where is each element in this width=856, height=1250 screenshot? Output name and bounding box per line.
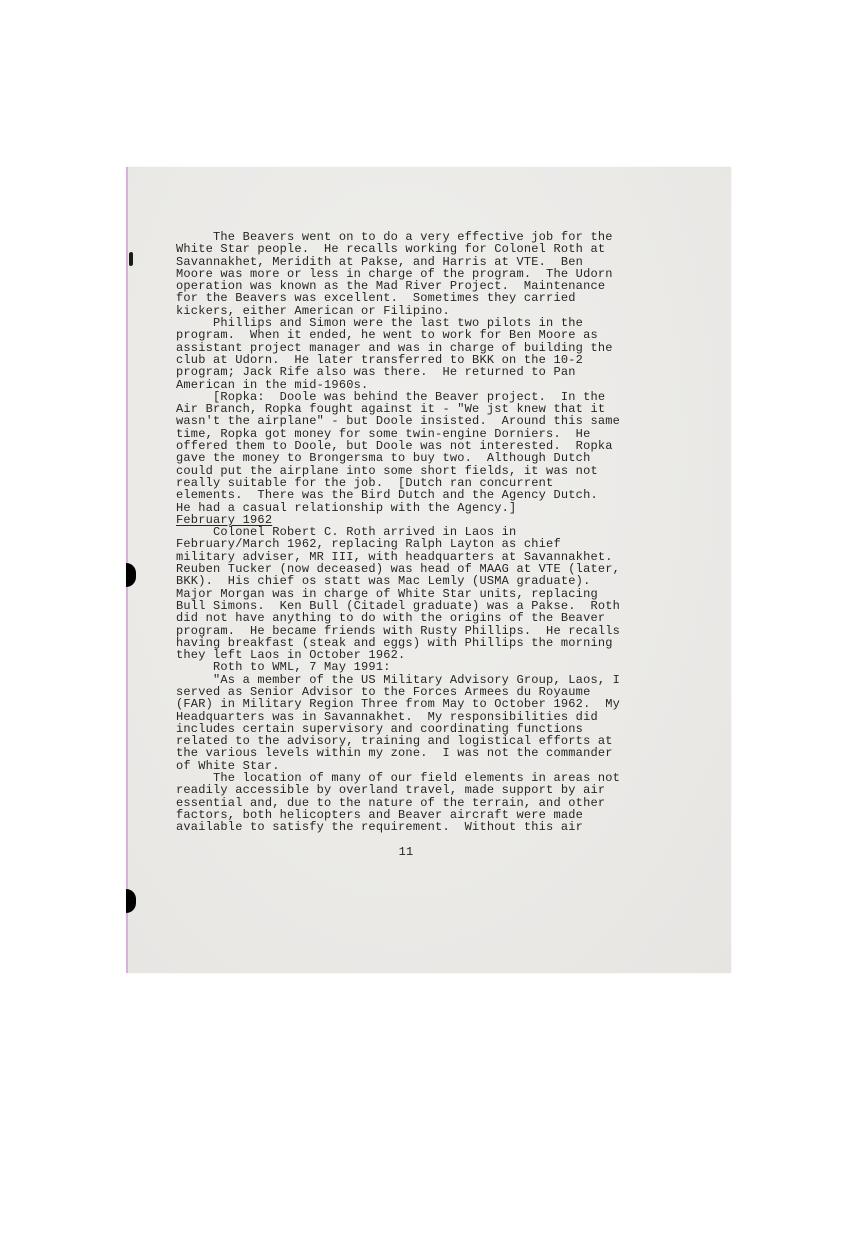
copy-artifact-mark <box>129 252 133 267</box>
typewritten-text: The Beavers went on to do a very effecti… <box>176 231 646 858</box>
document-page: The Beavers went on to do a very effecti… <box>126 167 731 973</box>
page-number: 11 <box>176 846 636 858</box>
punch-hole-mark <box>126 889 136 913</box>
scan-background: The Beavers went on to do a very effecti… <box>0 0 856 1250</box>
paragraph-ropka-note: [Ropka: Doole was behind the Beaver proj… <box>176 391 646 514</box>
paragraph-colonel-roth: Colonel Robert C. Roth arrived in Laos i… <box>176 526 646 661</box>
paragraphs-beavers-and-phillips: The Beavers went on to do a very effecti… <box>176 231 646 391</box>
punch-hole-mark <box>126 563 136 587</box>
paragraph-roth-letter: Roth to WML, 7 May 1991: "As a member of… <box>176 661 646 833</box>
